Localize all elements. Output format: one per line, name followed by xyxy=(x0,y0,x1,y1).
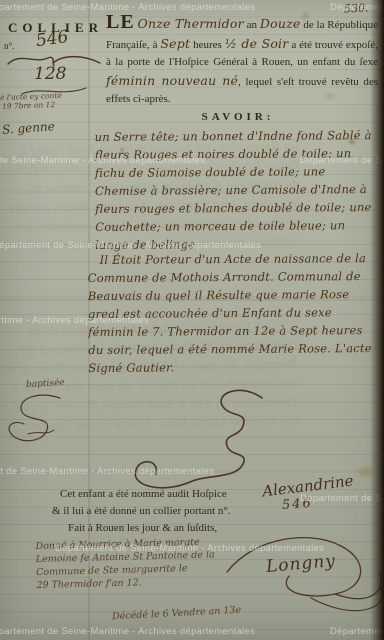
closing-line2: & il lui a été donné un collier portant … xyxy=(52,503,296,520)
intro-printed-initial: LE xyxy=(106,11,135,33)
collier-number-handwritten: 546 xyxy=(35,27,70,51)
margin-scribble: S. genne xyxy=(2,119,56,137)
book-binding-edge xyxy=(370,0,384,640)
intro-fill-sex: féminin nouveau né xyxy=(106,73,238,88)
intro-fill-date: Onze Thermidor xyxy=(138,16,244,31)
birth-act-paragraph: Il Étoit Porteur d'un Acte de naissance … xyxy=(88,249,379,377)
intro-paragraph: LE Onze Thermidor an Douze de la Républi… xyxy=(106,14,378,109)
intro-fill-hour: Sept xyxy=(160,36,190,51)
margin-note-line2: 19 7bre an 12 xyxy=(2,100,55,111)
intro-printed: an xyxy=(247,19,257,31)
intro-fill-year: Douze xyxy=(260,16,301,31)
closing-line1: Cet enfant a été nommé audit Hoſpice xyxy=(60,486,296,503)
register-page-scan: Il Étoit Porteur d'un Acte de naissance … xyxy=(0,0,384,640)
central-paraph-flourish-icon xyxy=(112,386,312,494)
baptism-margin-note: baptisée xyxy=(26,378,65,390)
margin-number: 128 xyxy=(34,64,66,84)
savoir-heading: SAVOIR: xyxy=(100,111,376,123)
collar-number-handwritten: 546 xyxy=(282,496,314,513)
intro-printed: heures xyxy=(193,39,222,51)
intro-fill-halfsoir: ½ de Soir xyxy=(225,36,289,51)
margin-signature-flourish-icon xyxy=(2,390,72,450)
effects-description: un Serre tête; un bonnet d'Indne fond Sa… xyxy=(95,126,380,254)
